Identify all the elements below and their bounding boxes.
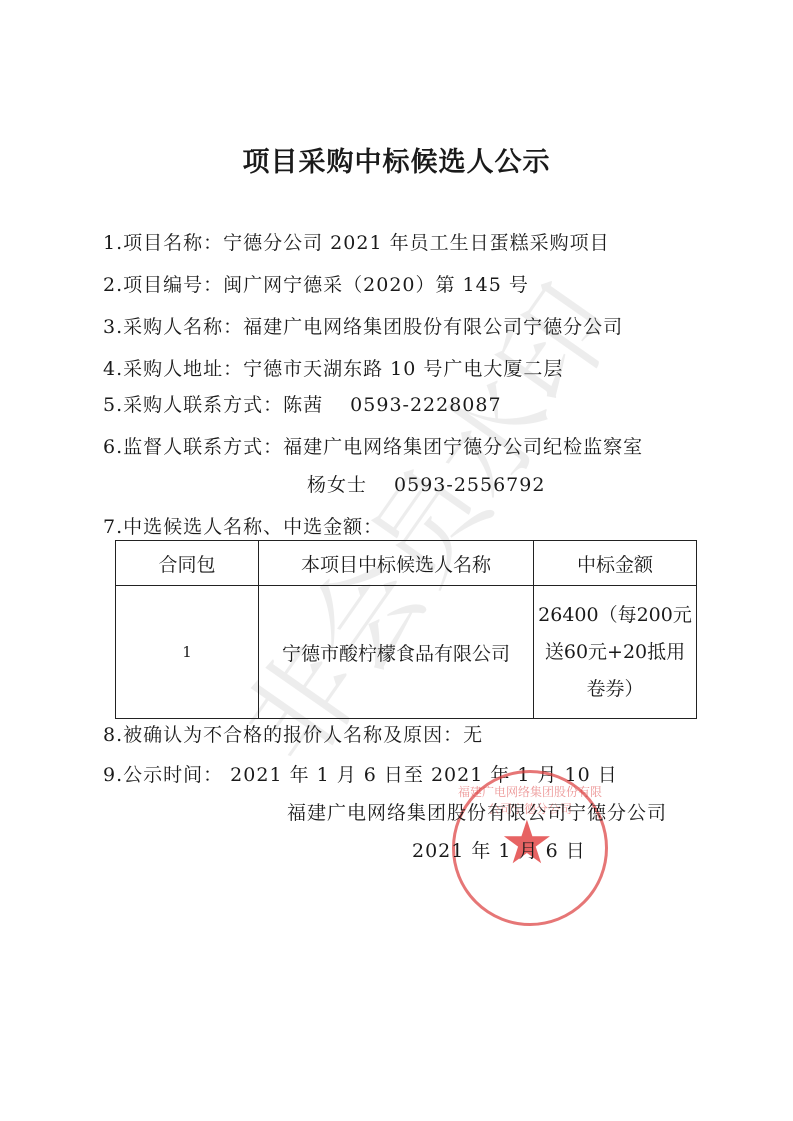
signature-org: 福建广电网络集团股份有限公司宁德分公司 bbox=[287, 798, 667, 825]
cell-package: 1 bbox=[116, 586, 259, 719]
page-title: 项目采购中标候选人公示 bbox=[0, 140, 793, 179]
header-candidate-name: 本项目中标候选人名称 bbox=[259, 541, 534, 586]
item-purchaser-name: 3.采购人名称：福建广电网络集团股份有限公司宁德分公司 bbox=[103, 312, 623, 339]
item-purchaser-contact: 5.采购人联系方式：陈茜 0593-2228087 bbox=[103, 390, 502, 417]
header-package: 合同包 bbox=[116, 541, 259, 586]
item-project-name: 1.项目名称：宁德分公司 2021 年员工生日蛋糕采购项目 bbox=[103, 228, 610, 255]
cell-amount: 26400（每200元送60元+20抵用卷券） bbox=[534, 586, 697, 719]
header-amount: 中标金额 bbox=[534, 541, 697, 586]
table-row: 1 宁德市酸柠檬食品有限公司 26400（每200元送60元+20抵用卷券） bbox=[116, 586, 697, 719]
signature-date: 2021 年 1 月 6 日 bbox=[412, 836, 586, 863]
item-unqualified: 8.被确认为不合格的报价人名称及原因：无 bbox=[103, 720, 483, 747]
item-purchaser-address: 4.采购人地址：宁德市天湖东路 10 号广电大厦二层 bbox=[103, 354, 563, 381]
item-supervisor-person: 杨女士 0593-2556792 bbox=[307, 470, 545, 497]
cell-candidate-name: 宁德市酸柠檬食品有限公司 bbox=[259, 586, 534, 719]
item-winner-heading: 7.中选候选人名称、中选金额： bbox=[103, 512, 383, 539]
winner-table: 合同包 本项目中标候选人名称 中标金额 1 宁德市酸柠檬食品有限公司 26400… bbox=[115, 540, 697, 719]
table-header-row: 合同包 本项目中标候选人名称 中标金额 bbox=[116, 541, 697, 586]
item-supervisor-contact: 6.监督人联系方式：福建广电网络集团宁德分公司纪检监察室 bbox=[103, 432, 643, 459]
item-project-number: 2.项目编号：闽广网宁德采（2020）第 145 号 bbox=[103, 270, 529, 297]
